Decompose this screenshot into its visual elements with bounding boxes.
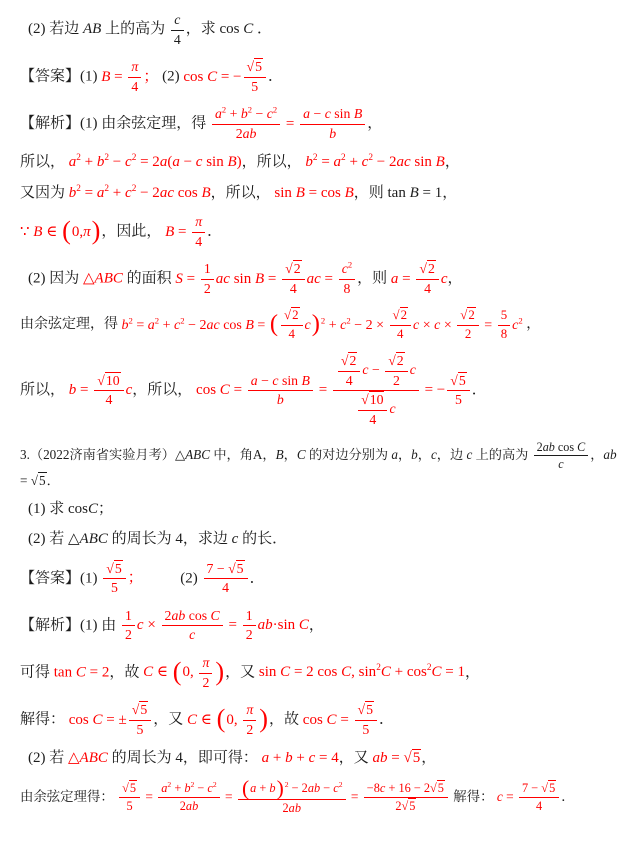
fraction-numerator: a − c sin B bbox=[248, 373, 313, 392]
text-run: ， bbox=[309, 617, 324, 633]
text-run: 【答案】(1) bbox=[20, 69, 101, 85]
fraction-numerator: 2ab cos C bbox=[162, 608, 223, 627]
solution-math-run: a2 + b2 − c2 = 2a(a − c sin B) bbox=[69, 154, 242, 170]
text: ∈ bbox=[197, 712, 216, 728]
text: ，又 bbox=[153, 712, 187, 728]
radical-sign: √ bbox=[122, 781, 129, 795]
radical-sign: √ bbox=[361, 392, 369, 407]
text: ， bbox=[398, 447, 411, 462]
text: 4 bbox=[222, 580, 229, 595]
math-variable: ab bbox=[171, 608, 185, 623]
radical-sign: √ bbox=[247, 59, 255, 74]
text: ． bbox=[207, 224, 222, 240]
big-bracket: ) bbox=[215, 661, 224, 683]
text: = 1 bbox=[442, 664, 465, 680]
p3-step-cosC-value: 解得： cos C = ±√55，又 C ∈ (0, π2)，故 cos C =… bbox=[20, 702, 624, 738]
fraction-numerator: √2 bbox=[281, 308, 303, 325]
text: = bbox=[481, 318, 496, 333]
text: = cos bbox=[305, 185, 345, 201]
fraction-numerator: √2 bbox=[457, 308, 479, 325]
text: − 2 bbox=[185, 318, 207, 333]
text: 1 bbox=[125, 608, 132, 623]
solution-math-run: B = π4； bbox=[101, 69, 158, 85]
big-bracket: ( bbox=[173, 661, 182, 683]
text-run: 【解析】(1) 由余弦定理，得 bbox=[20, 116, 210, 132]
fraction: √24 bbox=[281, 308, 303, 342]
solution-math-run: a2 + b2 − c22ab = a − c sin Bb bbox=[210, 116, 367, 132]
text: = bbox=[76, 382, 92, 398]
fraction: √55 bbox=[103, 561, 125, 597]
text: − 2 bbox=[373, 154, 396, 170]
fraction-denominator: 4 bbox=[416, 280, 438, 298]
math-variable: ABC bbox=[185, 447, 210, 462]
text: ． bbox=[379, 712, 394, 728]
text: = 1， bbox=[419, 185, 457, 201]
square-root: √5 bbox=[106, 560, 122, 576]
text: 所以， bbox=[20, 382, 69, 398]
text: 【答案】(1) bbox=[20, 69, 101, 85]
text: × bbox=[440, 318, 455, 333]
document-body: (2) 若边 AB 上的高为 c4，求 cos C ．【答案】(1) B = π… bbox=[20, 12, 624, 816]
p2-step-expand: 所以， a2 + b2 − c2 = 2a(a − c sin B)，所以， b… bbox=[20, 153, 624, 173]
text-run: 解得： bbox=[20, 712, 69, 728]
solution-math-run: b2 = a2 + c2 − 2ac sin B bbox=[305, 154, 444, 170]
text: , sin bbox=[351, 664, 376, 680]
text-run: ，又 bbox=[339, 750, 373, 766]
text: 4 bbox=[105, 392, 112, 407]
text: = 2 bbox=[86, 664, 109, 680]
text: = bbox=[264, 271, 280, 287]
radicand: 5 bbox=[129, 780, 137, 795]
solution-math-run: C ∈ (0, π2) bbox=[187, 712, 269, 728]
text-run: ， bbox=[523, 318, 541, 333]
math-variable: ac bbox=[160, 185, 174, 201]
text-run: ． bbox=[268, 69, 283, 85]
text: −8 bbox=[367, 781, 380, 795]
solution-math-run: cos C = ±√55 bbox=[69, 712, 153, 728]
text: + 16 − 2 bbox=[385, 781, 430, 795]
text: 由余弦定理，得 bbox=[20, 318, 122, 333]
fraction: 7 − √54 bbox=[519, 781, 559, 814]
radicand: 2 bbox=[400, 307, 408, 322]
solution-math-run: ∵ B ∈ (0,π) bbox=[20, 224, 101, 240]
math-variable: b bbox=[329, 126, 336, 141]
math-variable: c bbox=[137, 617, 144, 633]
solution-math-run: a = √24c bbox=[391, 271, 448, 287]
math-variable: b bbox=[122, 318, 129, 333]
text: = bbox=[503, 789, 517, 804]
text: + cos bbox=[391, 664, 427, 680]
text: 【答案】(1) bbox=[20, 570, 101, 586]
text: + bbox=[226, 106, 241, 121]
text-run: ． bbox=[207, 224, 222, 240]
text: ，又 bbox=[339, 750, 373, 766]
text-run: ， bbox=[367, 116, 382, 132]
fraction-denominator: 4 bbox=[358, 411, 387, 429]
text-run: ． bbox=[472, 382, 487, 398]
fraction-denominator: 4 bbox=[171, 31, 184, 49]
math-variable: C bbox=[211, 608, 220, 623]
fraction: 12 bbox=[122, 608, 135, 644]
fraction: π2 bbox=[243, 702, 256, 738]
math-variable: ab bbox=[603, 447, 616, 462]
text: (2) bbox=[143, 570, 202, 586]
math-variable: ac bbox=[396, 154, 410, 170]
text: 5 bbox=[137, 722, 144, 737]
text: 解得： bbox=[20, 712, 69, 728]
fraction: 7 − √54 bbox=[204, 561, 248, 597]
math-variable: ab bbox=[308, 781, 320, 795]
math-variable: ABC bbox=[80, 750, 108, 766]
text: 的周长为 4，即可得： bbox=[108, 750, 262, 766]
text: ， bbox=[590, 447, 603, 462]
square-root: √5 bbox=[541, 780, 556, 795]
fraction: 12 bbox=[201, 261, 214, 297]
fraction-numerator: a2 + b2 − c2 bbox=[158, 781, 219, 798]
math-variable: C bbox=[381, 664, 391, 680]
text: = bbox=[282, 116, 298, 132]
fraction: √55 bbox=[244, 59, 266, 95]
fraction-numerator: π bbox=[199, 655, 212, 674]
radicand: 5 bbox=[254, 58, 263, 74]
text: 2 bbox=[246, 627, 253, 642]
text: × bbox=[144, 617, 160, 633]
radicand: 10 bbox=[369, 391, 385, 407]
radicand: 2 bbox=[427, 260, 436, 276]
text: ，则 tan bbox=[354, 185, 410, 201]
math-variable: C bbox=[341, 664, 351, 680]
text-run: (2) 因为 bbox=[28, 271, 83, 287]
text: − bbox=[194, 781, 207, 795]
text: 上的高为 bbox=[472, 447, 531, 462]
radical-sign: √ bbox=[97, 373, 105, 388]
text-run: ，则 tan B = 1， bbox=[354, 185, 457, 201]
text: △ bbox=[83, 271, 95, 287]
text-run: (2) 若 △ABC 的周长为 4，求边 c 的长． bbox=[28, 531, 287, 547]
math-variable: ab bbox=[543, 440, 555, 454]
text-run: 的面积 bbox=[123, 271, 176, 287]
text: = bbox=[318, 154, 334, 170]
fraction: π2 bbox=[199, 655, 212, 691]
text: − bbox=[310, 106, 325, 121]
text: = 2 bbox=[136, 154, 159, 170]
text-run: ． bbox=[250, 570, 265, 586]
text: 0, bbox=[182, 664, 197, 680]
math-variable: S bbox=[175, 271, 183, 287]
text: 4 bbox=[195, 234, 202, 249]
text-run: ，故 bbox=[269, 712, 303, 728]
fraction-numerator: √5 bbox=[129, 702, 151, 721]
math-variable: π bbox=[202, 655, 209, 670]
text: cos bbox=[220, 318, 246, 333]
text: 4 bbox=[289, 327, 295, 341]
fraction-denominator: 2 bbox=[243, 721, 256, 739]
fraction: √24 bbox=[416, 261, 438, 297]
text: sin bbox=[230, 271, 255, 287]
text-run: 由余弦定理得： bbox=[20, 789, 117, 804]
square-root: √5 bbox=[228, 560, 244, 576]
fraction-numerator: √24c − √22c bbox=[333, 353, 419, 391]
text: 2 bbox=[202, 675, 209, 690]
fraction-denominator: 2ab bbox=[158, 798, 219, 814]
text: ，则 bbox=[357, 271, 391, 287]
math-variable: a bbox=[251, 373, 258, 388]
text: = bbox=[254, 318, 269, 333]
text-run: ． bbox=[561, 789, 574, 804]
square-root: √2 bbox=[393, 307, 409, 322]
fraction-denominator: 2ab bbox=[212, 125, 280, 143]
solution-math-run: √55； bbox=[101, 570, 143, 586]
math-variable: π bbox=[246, 702, 253, 717]
text: cos bbox=[555, 440, 577, 454]
radical-sign: √ bbox=[106, 561, 114, 576]
text: − bbox=[369, 363, 384, 378]
radicand: 5 bbox=[437, 780, 445, 795]
math-variable: C bbox=[299, 617, 309, 633]
text: − 2 × bbox=[351, 318, 388, 333]
square-root: √5 bbox=[401, 798, 416, 813]
square-root: √2 bbox=[284, 307, 300, 322]
math-variable: b bbox=[305, 154, 313, 170]
solution-math-run: b2 = a2 + c2 − 2ac cos B = (√24c)2 + c2 … bbox=[122, 318, 523, 333]
fraction-numerator: a − c sin B bbox=[300, 106, 365, 125]
p2-answer-line: 【答案】(1) B = π4； (2) cos C = −√55． bbox=[20, 59, 624, 95]
text: 4 bbox=[174, 32, 181, 47]
fraction-numerator: (a + b)2 − 2ab − c2 bbox=[238, 780, 346, 800]
fraction: √22 bbox=[457, 308, 479, 342]
fraction-denominator: 2ab bbox=[238, 800, 346, 816]
math-variable: π bbox=[83, 224, 91, 240]
text: cos bbox=[185, 608, 210, 623]
square-root: √5 bbox=[31, 472, 47, 488]
fraction-denominator: 5 bbox=[119, 798, 140, 814]
fraction: c28 bbox=[339, 261, 355, 297]
radicand: 2 bbox=[293, 260, 302, 276]
superscript: 2 bbox=[339, 780, 343, 789]
text: + bbox=[159, 318, 174, 333]
text-run: 的周长为 4，即可得： bbox=[108, 750, 262, 766]
math-variable: C bbox=[280, 664, 290, 680]
text: = bbox=[225, 617, 241, 633]
fraction-numerator: √5 bbox=[447, 373, 469, 392]
fraction-numerator: a2 + b2 − c2 bbox=[212, 106, 280, 125]
text: (1) 求 cos bbox=[28, 501, 88, 517]
solution-math-run: tan C = 2 bbox=[54, 664, 110, 680]
text: − 2 bbox=[136, 185, 159, 201]
text: − bbox=[258, 373, 273, 388]
superscript: 2 bbox=[213, 780, 217, 789]
fraction-numerator: √5 bbox=[244, 59, 266, 78]
text: = bbox=[142, 789, 156, 804]
big-bracket: ) bbox=[277, 779, 284, 797]
text: ，所以， bbox=[242, 154, 306, 170]
fraction-denominator: 4 bbox=[192, 233, 205, 251]
math-variable: π bbox=[195, 214, 202, 229]
text-run: ， bbox=[421, 750, 436, 766]
text: cos bbox=[174, 185, 202, 201]
text-run: 【答案】(1) bbox=[20, 570, 101, 586]
p2-step-B-value: ∵ B ∈ (0,π)，因此， B = π4． bbox=[20, 214, 624, 250]
math-variable: B bbox=[410, 185, 419, 201]
fraction-denominator: 4 bbox=[128, 78, 141, 96]
fraction-numerator: c2 bbox=[339, 261, 355, 280]
radicand: 10 bbox=[105, 372, 121, 388]
math-variable: B bbox=[245, 318, 254, 333]
fraction: √55 bbox=[129, 702, 151, 738]
math-variable: c bbox=[389, 402, 395, 417]
text-run: ， bbox=[445, 154, 460, 170]
fraction-denominator: 8 bbox=[498, 326, 510, 342]
fraction: √104 bbox=[358, 392, 387, 428]
radical-sign: √ bbox=[358, 702, 366, 717]
text: (2) 若 △ bbox=[28, 531, 80, 547]
text: = − bbox=[421, 382, 445, 398]
text: ． bbox=[47, 473, 60, 488]
fraction: √55 bbox=[447, 373, 469, 409]
fraction: c4 bbox=[171, 12, 184, 48]
text: + bbox=[293, 750, 309, 766]
p3-part2-perimeter: (2) 若 △ABC 的周长为 4，即可得： a + b + c = 4，又 a… bbox=[20, 749, 624, 769]
solution-math-run: cos C = √55 bbox=[303, 712, 379, 728]
text: ，求 cos bbox=[186, 21, 244, 37]
solution-math-run: cos C = −√55 bbox=[183, 69, 268, 85]
radical-sign: √ bbox=[285, 261, 293, 276]
big-bracket: ( bbox=[242, 779, 249, 797]
text: 由余弦定理得： bbox=[20, 789, 117, 804]
fraction-numerator: √2 bbox=[338, 353, 360, 372]
text-run: (1) 求 cosC； bbox=[28, 501, 113, 517]
p3-cosine-rule-chain: 由余弦定理得： √55 = a2 + b2 − c22ab = (a + b)2… bbox=[20, 780, 624, 816]
math-variable: C bbox=[187, 712, 197, 728]
math-variable: ab bbox=[258, 617, 273, 633]
text-run: ， bbox=[465, 664, 480, 680]
fraction-denominator: 4 bbox=[390, 326, 412, 342]
radicand: 2 bbox=[348, 352, 357, 368]
text: △ bbox=[68, 750, 80, 766]
math-variable: a bbox=[303, 106, 310, 121]
text: ； bbox=[143, 69, 158, 85]
p3-analysis-start: 【解析】(1) 由 12c × 2ab cos Cc = 12ab·sin C， bbox=[20, 608, 624, 644]
text-run: ，所以， bbox=[211, 185, 275, 201]
math-variable: c bbox=[558, 457, 563, 471]
radical-sign: √ bbox=[430, 781, 437, 795]
text: = 4 bbox=[315, 750, 338, 766]
fraction-denominator: 2 bbox=[385, 372, 407, 390]
text: ∈ bbox=[153, 664, 172, 680]
fraction-denominator: 4 bbox=[519, 798, 559, 814]
text-run: 解得： bbox=[450, 789, 497, 804]
text: ． bbox=[561, 789, 574, 804]
text: sin bbox=[411, 154, 436, 170]
math-variable: B bbox=[276, 447, 284, 462]
text-run: (2) 若 bbox=[28, 750, 68, 766]
text: + bbox=[269, 750, 285, 766]
math-variable: b bbox=[411, 447, 418, 462]
text: ； bbox=[98, 501, 113, 517]
text: 上的高为 bbox=[101, 21, 169, 37]
text-run: ，又 bbox=[153, 712, 187, 728]
solution-math-run: sin C = 2 cos C, sin2C + cos2C = 1 bbox=[259, 664, 465, 680]
text: ，所以， bbox=[132, 382, 196, 398]
text: 又因为 bbox=[20, 185, 69, 201]
square-root: √10 bbox=[361, 391, 384, 407]
fraction-denominator: 4 bbox=[204, 579, 248, 597]
fraction: √55 bbox=[119, 781, 140, 814]
text: cos bbox=[69, 712, 93, 728]
math-variable: C bbox=[88, 501, 98, 517]
text: ，边 bbox=[437, 447, 467, 462]
fraction-numerator: 7 − √5 bbox=[519, 781, 559, 798]
text: = 2 cos bbox=[290, 664, 341, 680]
math-variable: B bbox=[302, 373, 310, 388]
fraction-numerator: c bbox=[171, 12, 184, 31]
text: 2 bbox=[246, 722, 253, 737]
problem3-part2-question: (2) 若 △ABC 的周长为 4，求边 c 的长． bbox=[20, 530, 624, 550]
text: ． bbox=[250, 570, 265, 586]
fraction-denominator: 2 bbox=[201, 280, 214, 298]
text: ； bbox=[128, 570, 143, 586]
text: 4 bbox=[536, 799, 542, 813]
big-bracket: ) bbox=[92, 220, 101, 242]
math-variable: c bbox=[125, 185, 132, 201]
text-run: ，因此， bbox=[101, 224, 165, 240]
solution-math-run: △ABC bbox=[83, 271, 123, 287]
text: ， bbox=[367, 116, 382, 132]
solution-math-run: a + b + c = 4 bbox=[262, 750, 339, 766]
square-root: √5 bbox=[132, 701, 148, 717]
text: (2) 若 bbox=[28, 750, 68, 766]
fraction-denominator: 2√5 bbox=[364, 798, 448, 814]
text: 4 bbox=[424, 281, 431, 296]
fraction: 2ab cos Cc bbox=[162, 608, 223, 644]
problem2-part2-question: (2) 若边 AB 上的高为 c4，求 cos C ． bbox=[20, 12, 624, 48]
text: ，故 bbox=[269, 712, 303, 728]
fraction-denominator: c bbox=[162, 626, 223, 644]
big-bracket: ( bbox=[62, 220, 71, 242]
text: sin bbox=[259, 664, 280, 680]
square-root: √2 bbox=[341, 352, 357, 368]
solution-math-run: b2 = a2 + c2 − 2ac cos B bbox=[69, 185, 211, 201]
text: (2) bbox=[158, 69, 183, 85]
superscript: 2 bbox=[273, 105, 277, 115]
math-variable: c bbox=[305, 318, 311, 333]
text-run: ，则 bbox=[357, 271, 391, 287]
text: + bbox=[325, 318, 340, 333]
fraction-numerator: 7 − √5 bbox=[204, 561, 248, 580]
square-root: √2 bbox=[419, 260, 435, 276]
math-variable: B bbox=[436, 154, 445, 170]
text: cos bbox=[183, 69, 207, 85]
text: ，又 bbox=[225, 664, 259, 680]
text: = bbox=[133, 318, 148, 333]
fraction-numerator: 5 bbox=[498, 308, 510, 325]
fraction: √55 bbox=[355, 702, 377, 738]
p2-step-tanB: 又因为 b2 = a2 + c2 − 2ac cos B，所以， sin B =… bbox=[20, 184, 624, 204]
radicand: 2 bbox=[291, 307, 299, 322]
fraction-denominator: 4 bbox=[338, 372, 360, 390]
math-variable: C bbox=[207, 69, 217, 85]
text: ． bbox=[253, 21, 272, 37]
math-variable: B bbox=[354, 106, 362, 121]
square-root: √5 bbox=[122, 780, 137, 795]
text: = ± bbox=[103, 712, 127, 728]
solution-math-run: √55 = a2 + b2 − c22ab = (a + b)2 − 2ab −… bbox=[117, 789, 450, 804]
math-variable: B bbox=[165, 224, 174, 240]
big-bracket: ) bbox=[312, 314, 320, 335]
solution-math-run: 7 − √54 bbox=[202, 570, 250, 586]
solution-math-run: 12c × 2ab cos Cc = 12ab·sin C bbox=[120, 617, 309, 633]
text-run: ，故 bbox=[109, 664, 143, 680]
